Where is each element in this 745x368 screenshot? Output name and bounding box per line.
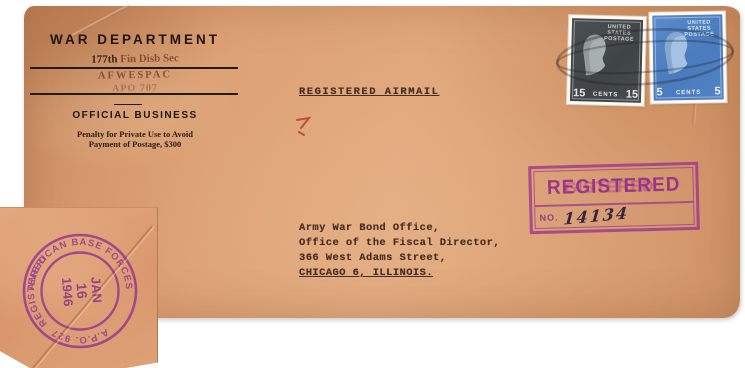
unit-handstamp-line1: 177th Fin Disb Sec (30, 51, 240, 67)
circular-postmark: AMERICAN BASE FORCES A.P.O. 927 REGISTER… (0, 208, 157, 368)
registry-no-label: NO. (539, 212, 558, 222)
postmark-year: 1946 (59, 277, 76, 307)
unit-number: 177th (91, 53, 117, 65)
scanned-envelope-image: WAR DEPARTMENT 177th Fin Disb Sec AFWESP… (0, 0, 745, 368)
divider-rule (114, 104, 142, 105)
registry-number-handwritten: 14134 (563, 203, 630, 229)
unit-handstamp-line2: AFWESPAC (30, 68, 240, 83)
sender-corner-card: WAR DEPARTMENT 177th Fin Disb Sec AFWESP… (30, 28, 240, 158)
address-line: Office of the Fiscal Director, (299, 236, 500, 251)
registered-label: REGISTERED (547, 173, 681, 200)
address-line-city: CHICAGO 6, ILLINOIS. (299, 266, 500, 281)
sender-department: WAR DEPARTMENT (30, 32, 240, 47)
penalty-line1: Penalty for Private Use to Avoid (30, 129, 240, 139)
postmark-inset-scan: AMERICAN BASE FORCES A.P.O. 927 REGISTER… (0, 207, 158, 368)
official-business-label: OFFICIAL BUSINESS (30, 110, 240, 121)
cancellation-mark (545, 12, 745, 102)
penalty-notice: Penalty for Private Use to Avoid Payment… (30, 129, 240, 149)
address-line: 366 West Adams Street, (299, 251, 500, 266)
registered-handstamp-box: GISTERED REGISTERED NO. 14134 (528, 162, 700, 234)
address-rule-line (30, 93, 238, 95)
red-pencil-mark (293, 114, 317, 140)
registered-airmail-endorsement: REGISTERED AIRMAIL (299, 86, 439, 98)
address-line: Army War Bond Office, (299, 221, 500, 236)
recipient-address: Army War Bond Office, Office of the Fisc… (299, 221, 500, 281)
penalty-line2: Payment of Postage, $300 (30, 139, 240, 149)
unit-name: Fin Disb Sec (117, 52, 179, 65)
